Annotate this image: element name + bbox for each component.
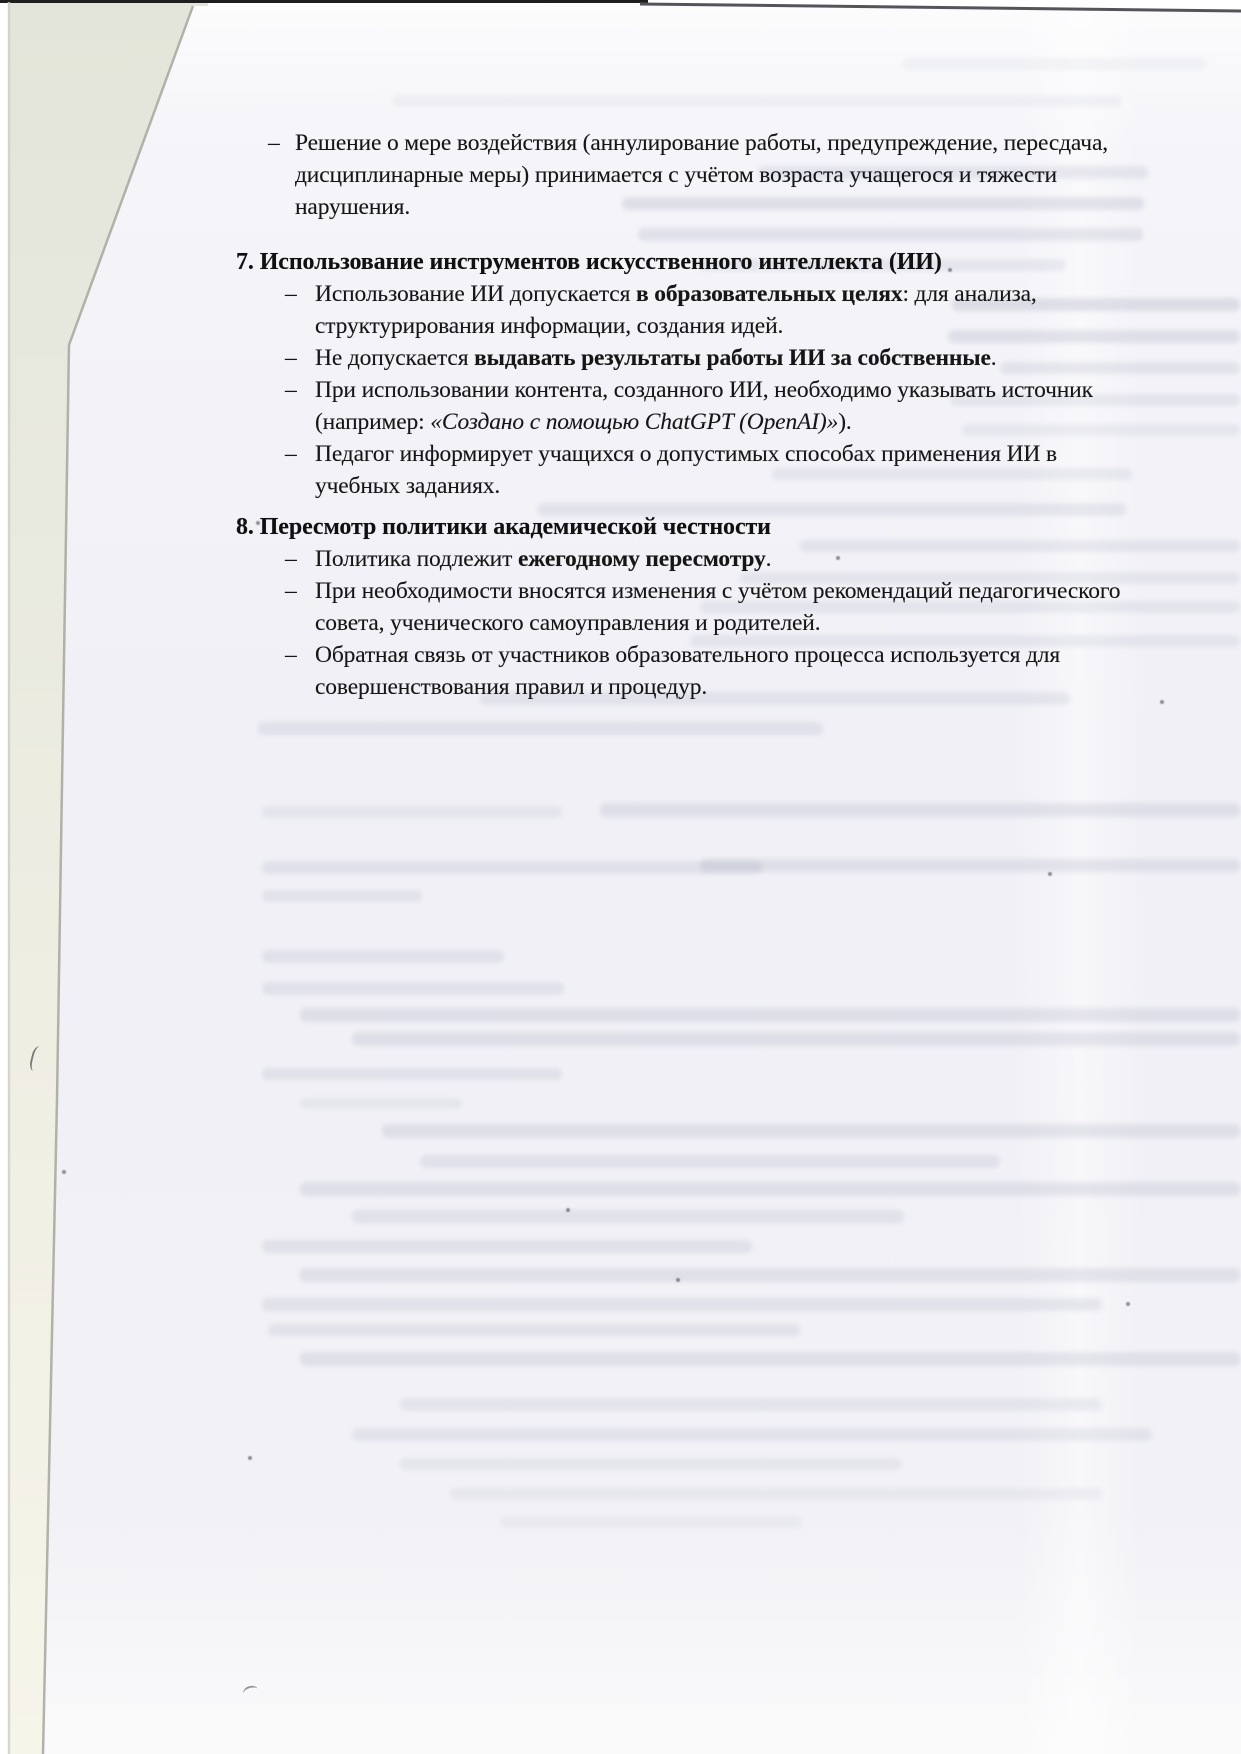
section-7-items: –Использование ИИ допускается в образова… bbox=[285, 278, 1146, 502]
bullet-dash: – bbox=[285, 438, 297, 470]
bullet-dash: – bbox=[285, 543, 297, 575]
bullet-dash: – bbox=[268, 127, 280, 159]
section-8: 8. Пересмотр политики академической чест… bbox=[236, 511, 1146, 703]
list-item: –Политика подлежит ежегодному пересмотру… bbox=[285, 543, 1146, 575]
section-8-items: –Политика подлежит ежегодному пересмотру… bbox=[285, 543, 1146, 703]
list-item-text: Использование ИИ допускается в образоват… bbox=[285, 278, 1130, 342]
document-text: –Решение о мере воздействия (аннулирован… bbox=[0, 0, 1241, 1754]
list-item-text: Решение о мере воздействия (аннулировани… bbox=[268, 127, 1130, 223]
list-item-text: При использовании контента, созданного И… bbox=[285, 374, 1130, 438]
list-item: –Использование ИИ допускается в образова… bbox=[285, 278, 1146, 342]
bullet-dash: – bbox=[285, 575, 297, 607]
list-item-text: Не допускается выдавать результаты работ… bbox=[285, 342, 1130, 374]
bullet-dash: – bbox=[285, 342, 297, 374]
list-item-text: Обратная связь от участников образовател… bbox=[285, 639, 1130, 703]
intro-bullet-list: –Решение о мере воздействия (аннулирован… bbox=[268, 127, 1130, 223]
bullet-dash: – bbox=[285, 278, 297, 310]
scan-canvas: –Решение о мере воздействия (аннулирован… bbox=[0, 0, 1241, 1754]
section-8-heading: 8. Пересмотр политики академической чест… bbox=[236, 511, 1146, 543]
bullet-dash: – bbox=[285, 639, 297, 671]
list-item-text: При необходимости вносятся изменения с у… bbox=[285, 575, 1130, 639]
list-item-text: Педагог информирует учащихся о допустимы… bbox=[285, 438, 1130, 502]
section-7: 7. Использование инструментов искусствен… bbox=[236, 246, 1146, 502]
list-item: –Педагог информирует учащихся о допустим… bbox=[285, 438, 1146, 502]
list-item: –Обратная связь от участников образовате… bbox=[285, 639, 1146, 703]
list-item: –При использовании контента, созданного … bbox=[285, 374, 1146, 438]
list-item: –При необходимости вносятся изменения с … bbox=[285, 575, 1146, 639]
list-item-text: Политика подлежит ежегодному пересмотру. bbox=[285, 543, 1130, 575]
list-item: –Не допускается выдавать результаты рабо… bbox=[285, 342, 1146, 374]
list-item: –Решение о мере воздействия (аннулирован… bbox=[268, 127, 1130, 223]
section-7-heading: 7. Использование инструментов искусствен… bbox=[236, 246, 1146, 278]
bullet-dash: – bbox=[285, 374, 297, 406]
